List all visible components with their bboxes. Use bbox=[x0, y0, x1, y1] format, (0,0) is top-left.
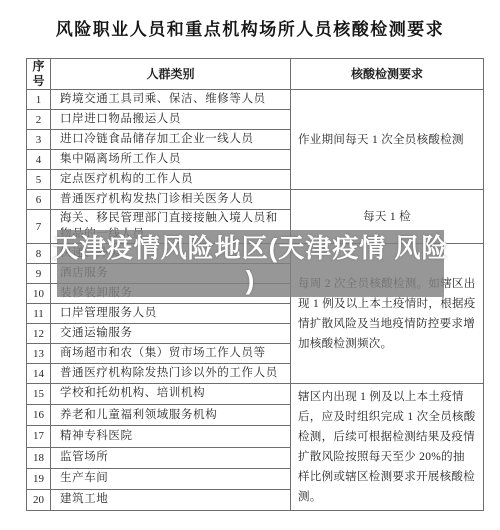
page-title: 风险职业人员和重点机构场所人员核酸检测要求 bbox=[0, 15, 500, 40]
row-serial-number: 19 bbox=[27, 468, 51, 489]
row-serial-number: 6 bbox=[27, 190, 51, 210]
row-serial-number: 14 bbox=[27, 364, 51, 384]
row-serial-number: 16 bbox=[27, 405, 51, 426]
row-serial-number: 9 bbox=[27, 264, 51, 284]
header-serial-number: 序号 bbox=[27, 59, 51, 90]
row-category-cell: 监管场所 bbox=[51, 447, 291, 468]
row-serial-number: 10 bbox=[27, 284, 51, 304]
row-category-cell: 进口冷链食品储存加工企业一线人员 bbox=[51, 130, 291, 150]
watermark-overlay: 天津疫情风险地区(天津疫情 风险 ) bbox=[57, 230, 444, 297]
row-category-cell: 跨境交通工具司乘、保洁、维修等人员 bbox=[51, 90, 291, 110]
row-category-cell: 生产车间 bbox=[51, 468, 291, 489]
row-category-cell: 口岸管理服务人员 bbox=[51, 304, 291, 324]
row-category-cell: 集中隔离场所工作人员 bbox=[51, 150, 291, 170]
table-row: 1跨境交通工具司乘、保洁、维修等人员作业期间每天 1 次全员核酸检测 bbox=[27, 90, 484, 110]
row-category-cell: 商场超市和农（集）贸市场工作人员等 bbox=[51, 344, 291, 364]
table-row: 15学校和托幼机构、培训机构辖区内出现 1 例及以上本土疫情后，应及时组织完成 … bbox=[27, 384, 484, 405]
row-category-cell: 普通医疗机构除发热门诊以外的工作人员 bbox=[51, 364, 291, 384]
row-serial-number: 5 bbox=[27, 170, 51, 190]
watermark-text-line1: 天津疫情风险地区(天津疫情 风险 bbox=[53, 232, 449, 264]
row-category-cell: 交通运输服务 bbox=[51, 324, 291, 344]
row-serial-number: 18 bbox=[27, 447, 51, 468]
row-serial-number: 13 bbox=[27, 344, 51, 364]
header-crowd-category: 人群类别 bbox=[51, 59, 291, 90]
row-serial-number: 12 bbox=[27, 324, 51, 344]
requirement-cell: 辖区内出现 1 例及以上本土疫情后，应及时组织完成 1 次全员核酸检测，后续可根… bbox=[291, 384, 484, 511]
row-category-cell: 养老和儿童福利领域服务机构 bbox=[51, 405, 291, 426]
row-serial-number: 15 bbox=[27, 384, 51, 405]
document-page: 风险职业人员和重点机构场所人员核酸检测要求 序号 人群类别 核酸检测要求 1跨境… bbox=[0, 0, 500, 530]
row-serial-number: 2 bbox=[27, 110, 51, 130]
row-category-cell: 建筑工地 bbox=[51, 489, 291, 510]
row-serial-number: 11 bbox=[27, 304, 51, 324]
watermark-text-line2: ) bbox=[246, 264, 256, 296]
header-test-requirement: 核酸检测要求 bbox=[291, 59, 484, 90]
row-serial-number: 3 bbox=[27, 130, 51, 150]
row-category-cell: 定点医疗机构的工作人员 bbox=[51, 170, 291, 190]
row-serial-number: 1 bbox=[27, 90, 51, 110]
row-serial-number: 20 bbox=[27, 489, 51, 510]
row-serial-number: 7 bbox=[27, 210, 51, 244]
row-serial-number: 17 bbox=[27, 426, 51, 447]
row-serial-number: 8 bbox=[27, 244, 51, 264]
requirement-cell: 作业期间每天 1 次全员核酸检测 bbox=[291, 90, 484, 190]
table-header-row: 序号 人群类别 核酸检测要求 bbox=[27, 59, 484, 90]
row-category-cell: 精神专科医院 bbox=[51, 426, 291, 447]
row-category-cell: 学校和托幼机构、培训机构 bbox=[51, 384, 291, 405]
row-serial-number: 4 bbox=[27, 150, 51, 170]
row-category-cell: 普通医疗机构发热门诊相关医务人员 bbox=[51, 190, 291, 210]
table-row: 6普通医疗机构发热门诊相关医务人员每天 1 检 bbox=[27, 190, 484, 210]
row-category-cell: 口岸进口物品搬运人员 bbox=[51, 110, 291, 130]
